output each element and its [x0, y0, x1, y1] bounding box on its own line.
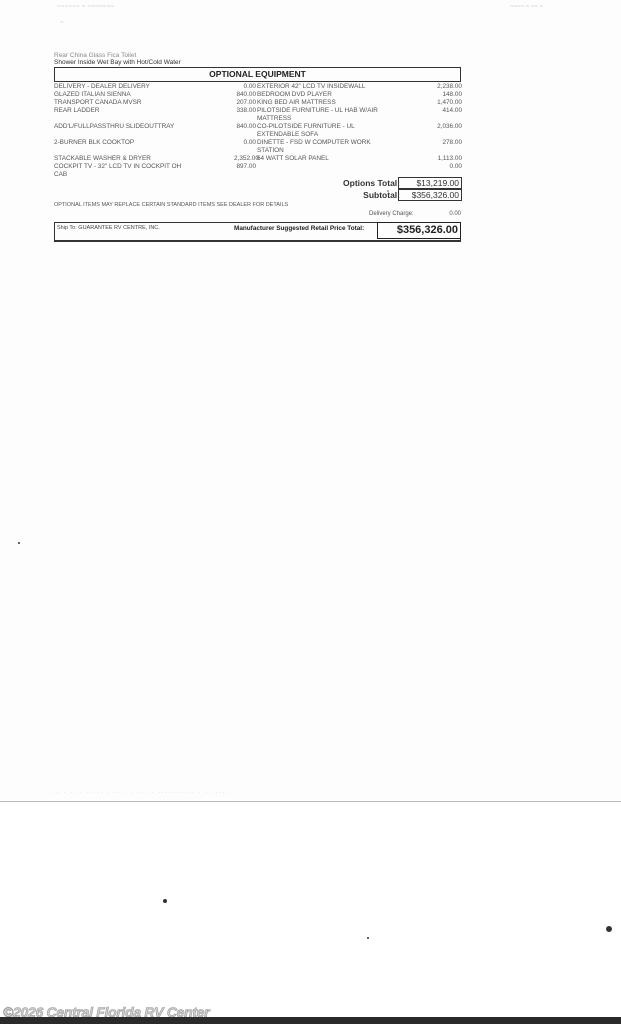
subtotal-value: $356,326.00 [398, 189, 462, 201]
option-name: TRANSPORT CANADA MVSR [54, 99, 224, 107]
table-row: REAR LADDER338.00PILOTSIDE FURNITURE - U… [54, 107, 462, 115]
standard-line: Shower Inside Wet Bay with Hot/Cold Wate… [54, 59, 181, 66]
option-price: 840.00 [234, 91, 256, 99]
option-price: 1,470.00 [422, 99, 462, 107]
option-price: 148.00 [422, 91, 462, 99]
ship-to: Ship To: GUARANTEE RV CENTRE, INC. [57, 225, 160, 231]
option-name: EXTENDABLE SOFA [257, 131, 417, 139]
option-price: 338.00 [234, 107, 256, 115]
option-price: 2,036.00 [422, 123, 462, 131]
disclaimer: OPTIONAL ITEMS MAY REPLACE CERTAIN STAND… [54, 202, 288, 208]
option-name: DINETTE - FSD W COMPUTER WORK [257, 139, 417, 147]
option-name: BEDROOM DVD PLAYER [257, 91, 417, 99]
scan-speck [606, 926, 612, 932]
scan-speck [18, 542, 20, 544]
option-name: STACKABLE WASHER & DRYER [54, 155, 224, 163]
scan-speck [367, 937, 369, 939]
option-price: 0.00 [234, 139, 256, 147]
page-number: ~~~~ ~ ~~ ~ [510, 4, 543, 10]
table-row: 2-BURNER BLK COOKTOP0.00DINETTE - FSD W … [54, 139, 462, 147]
optional-equipment-title: OPTIONAL EQUIPMENT [54, 67, 461, 82]
option-name: ADD'L/FULLPASSTHRU SLIDEOUTTRAY [54, 123, 224, 131]
table-row: STACKABLE WASHER & DRYER2,352.0064 WATT … [54, 155, 462, 163]
scan-artifacts: . , . . .. .. .. . .. . . .. .. ........… [50, 789, 230, 795]
page-divider [0, 801, 621, 802]
option-price: 0.00 [422, 163, 462, 171]
option-name: KING BED AIR MATTRESS [257, 99, 417, 107]
table-row: DELIVERY - DEALER DELIVERY0.00EXTERIOR 4… [54, 83, 462, 91]
option-price: 0.00 [234, 83, 256, 91]
option-name: 64 WATT SOLAR PANEL [257, 155, 417, 163]
table-row: EXTENDABLE SOFA [54, 131, 462, 139]
scan-speck [387, 190, 389, 192]
options-total-value: $13,219.00 [398, 177, 462, 189]
option-name: EXTERIOR 42" LCD TV INSIDEWALL [257, 83, 417, 91]
msrp-label: Manufacturer Suggested Retail Price Tota… [234, 225, 364, 232]
option-name: REAR LADDER [54, 107, 224, 115]
table-row: ADD'L/FULLPASSTHRU SLIDEOUTTRAY840.00CO-… [54, 123, 462, 131]
footer-bar [0, 1017, 621, 1024]
options-total-label: Options Total: [343, 178, 400, 188]
option-price: 207.00 [234, 99, 256, 107]
optional-equipment-table: DELIVERY - DEALER DELIVERY0.00EXTERIOR 4… [54, 83, 462, 179]
option-price: 1,113.00 [422, 155, 462, 163]
option-price: 2,352.00 [234, 155, 256, 163]
msrp-bar: Ship To: GUARANTEE RV CENTRE, INC. Manuf… [54, 222, 461, 242]
header-mark: ~ [60, 20, 64, 26]
table-row: MATTRESS [54, 115, 462, 123]
standard-features-tail: Rear China Glass Fica Toilet Shower Insi… [54, 52, 181, 66]
option-name: CAB [54, 171, 224, 179]
table-row: GLAZED ITALIAN SIENNA840.00BEDROOM DVD P… [54, 91, 462, 99]
subtotal-label: Subtotal: [363, 190, 400, 200]
page-header-left: ~~~~~~ ~ ~~~~~~~ [57, 4, 114, 10]
option-name: PILOTSIDE FURNITURE - UL HAB W/AIR [257, 107, 417, 115]
option-name: DELIVERY - DEALER DELIVERY [54, 83, 224, 91]
scan-speck [163, 899, 167, 903]
option-price: 2,238.00 [422, 83, 462, 91]
table-row: TRANSPORT CANADA MVSR207.00KING BED AIR … [54, 99, 462, 107]
standard-line: Rear China Glass Fica Toilet [54, 52, 181, 59]
table-row: STATION [54, 147, 462, 155]
option-name: GLAZED ITALIAN SIENNA [54, 91, 224, 99]
delivery-charge-value: 0.00 [440, 211, 461, 217]
option-name: STATION [257, 147, 417, 155]
subtotal-row: Subtotal: $356,326.00 [300, 189, 462, 201]
option-name: CO-PILOTSIDE FURNITURE - UL [257, 123, 417, 131]
option-name: MATTRESS [257, 115, 417, 123]
option-name: COCKPIT TV - 32" LCD TV IN COCKPIT OH [54, 163, 224, 171]
totals-block: Options Total: $13,219.00 Subtotal: $356… [300, 177, 462, 201]
table-row: COCKPIT TV - 32" LCD TV IN COCKPIT OH897… [54, 163, 462, 171]
option-price: 278.00 [422, 139, 462, 147]
options-total-row: Options Total: $13,219.00 [300, 177, 462, 189]
option-name: 2-BURNER BLK COOKTOP [54, 139, 224, 147]
option-price: 897.00 [234, 163, 256, 171]
delivery-charge-label: Delivery Charge: [369, 211, 414, 217]
option-price: 414.00 [422, 107, 462, 115]
option-price: 840.00 [234, 123, 256, 131]
msrp-total: $356,326.00 [377, 222, 461, 239]
